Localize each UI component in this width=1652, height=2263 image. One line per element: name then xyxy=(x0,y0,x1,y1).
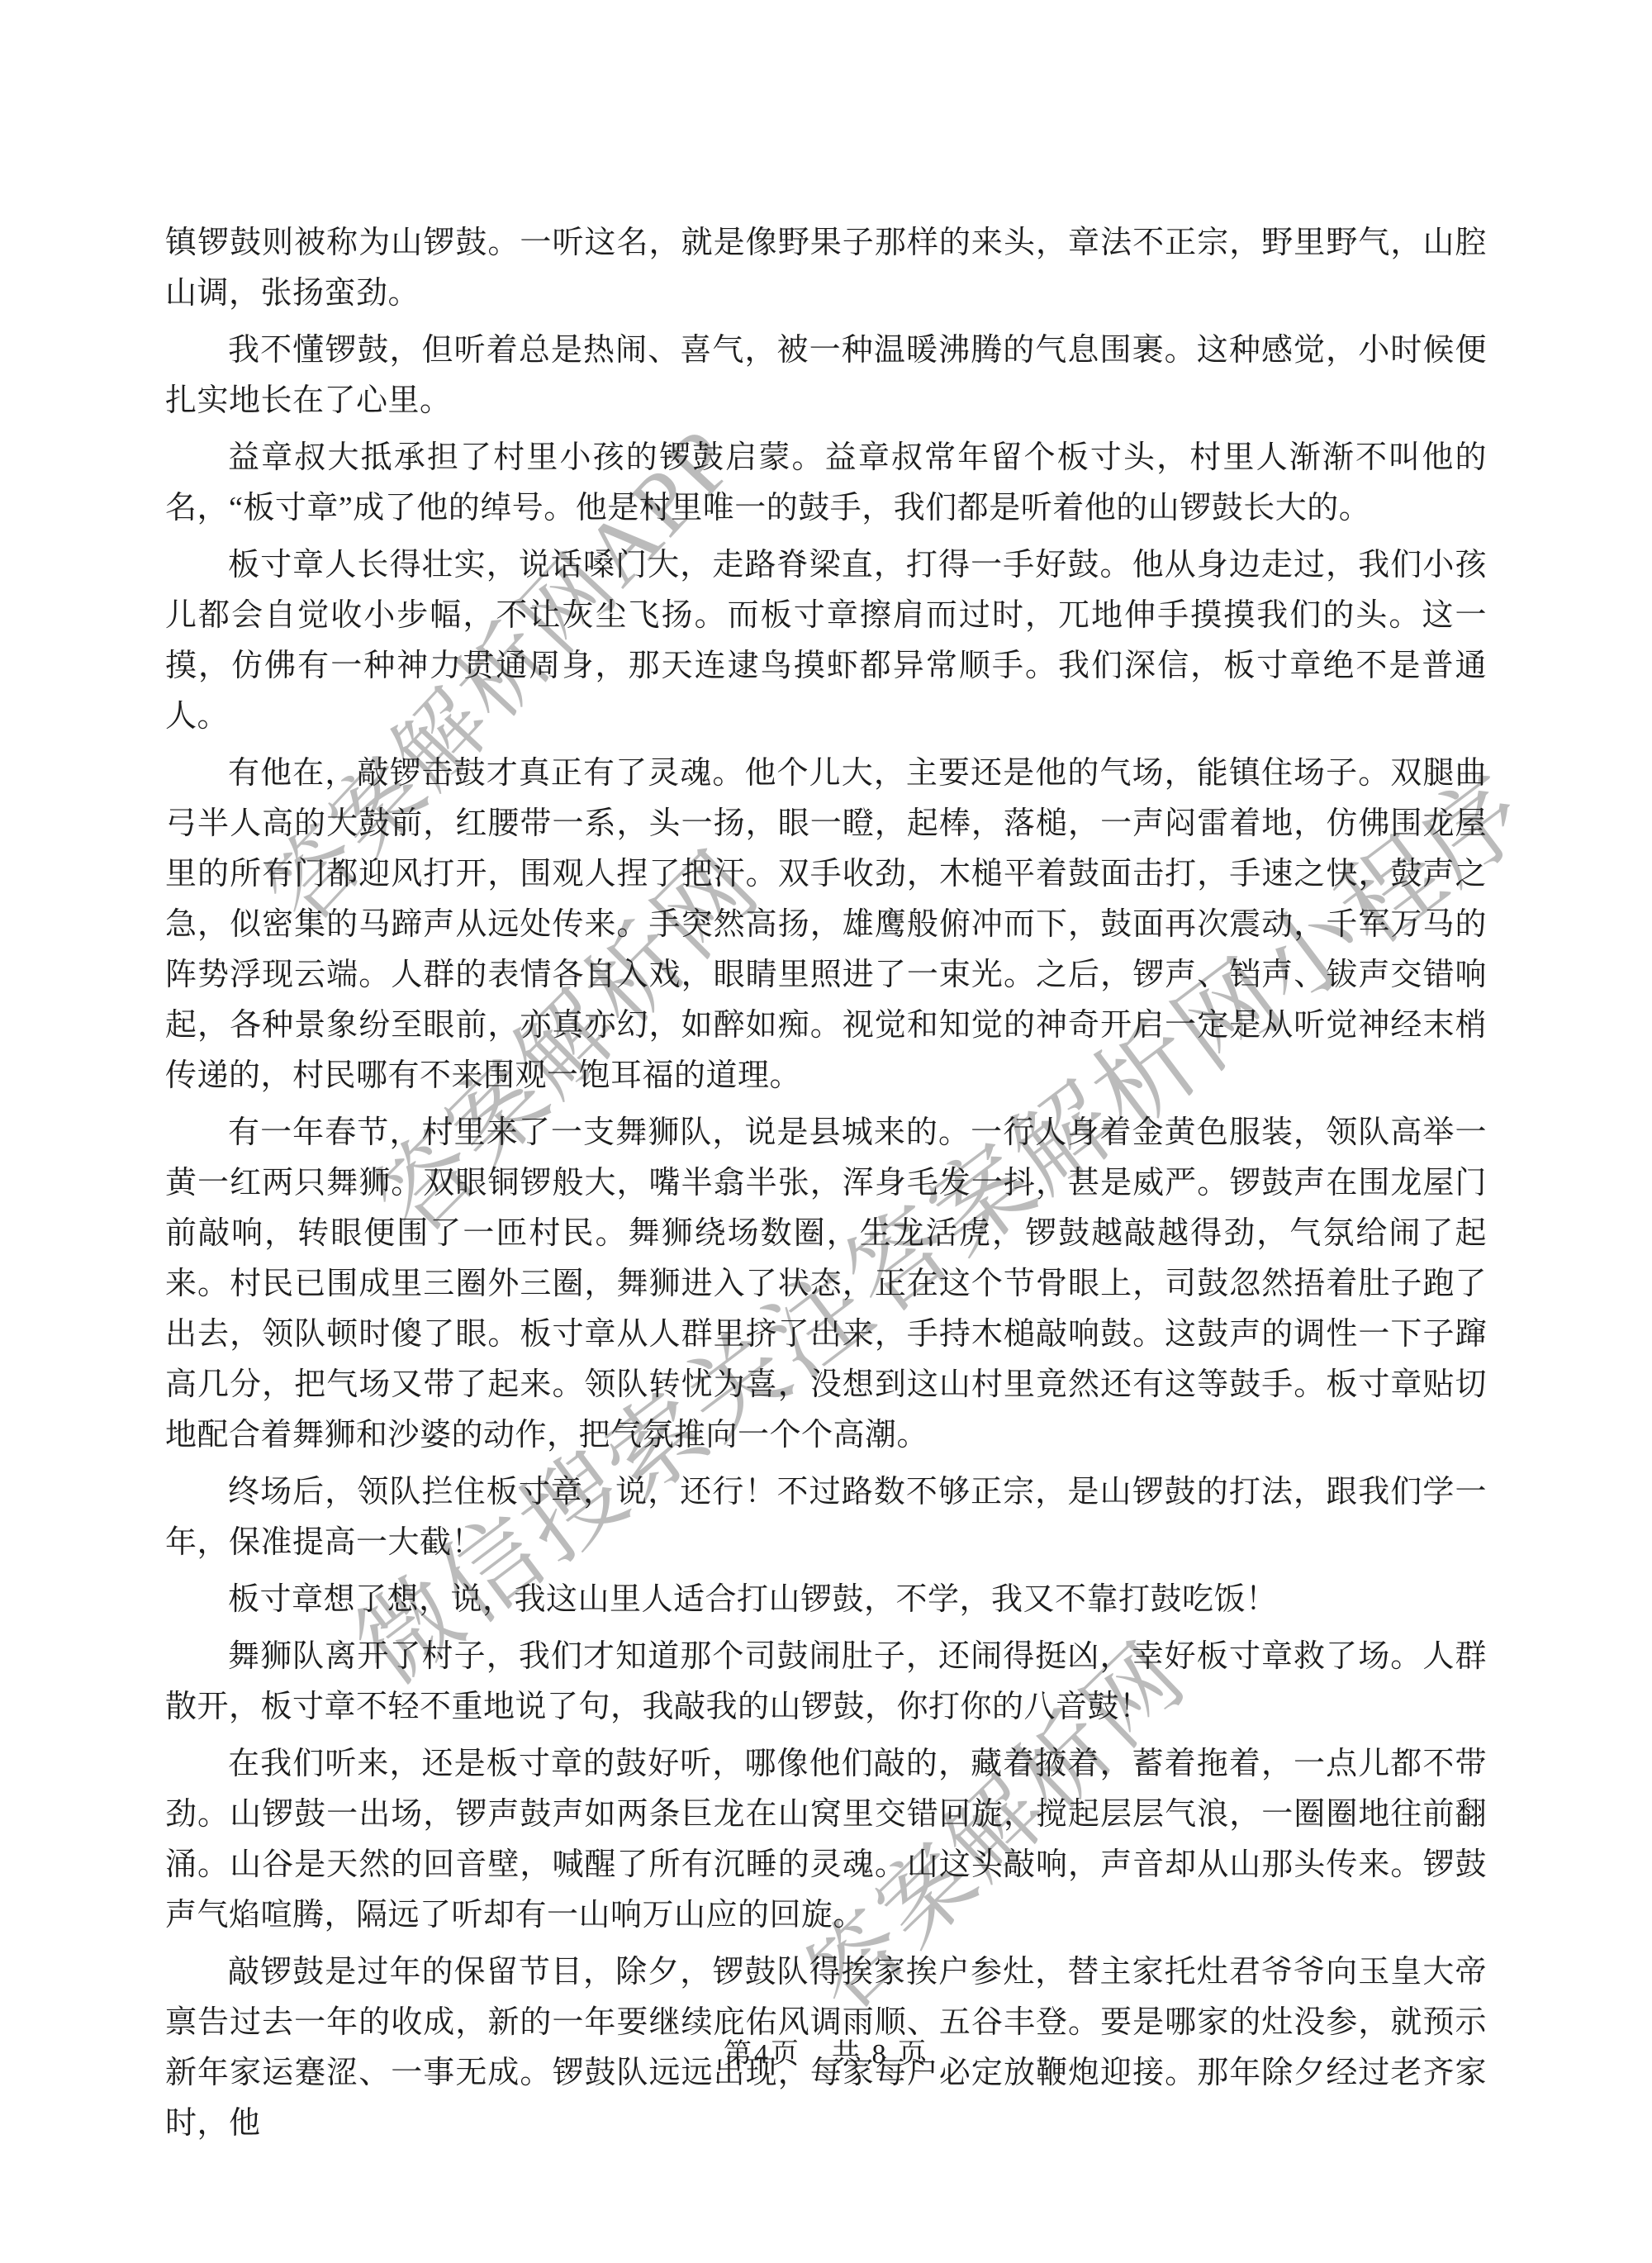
document-page: 答案解析网APP答案解析网微信搜索关注答案解析网小程序答案解析网 镇锣鼓则被称为… xyxy=(0,0,1652,2263)
paragraph: 舞狮队离开了村子，我们才知道那个司鼓闹肚子，还闹得挺凶，幸好板寸章救了场。人群散… xyxy=(165,1632,1487,1733)
page-footer: 第4页 共 8 页 xyxy=(0,2031,1652,2071)
paragraph: 我不懂锣鼓，但听着总是热闹、喜气，被一种温暖沸腾的气息围裹。这种感觉，小时候便扎… xyxy=(165,326,1487,426)
paragraph: 有一年春节，村里来了一支舞狮队，说是县城来的。一行人身着金黄色服装，领队高举一黄… xyxy=(165,1108,1487,1461)
paragraph: 益章叔大抵承担了村里小孩的锣鼓启蒙。益章叔常年留个板寸头，村里人渐渐不叫他的名，… xyxy=(165,433,1487,534)
paragraph: 板寸章人长得壮实，说话嗓门大，走路脊梁直，打得一手好鼓。他从身边走过，我们小孩儿… xyxy=(165,540,1487,742)
paragraph: 镇锣鼓则被称为山锣鼓。一听这名，就是像野果子那样的来头，章法不正宗，野里野气，山… xyxy=(165,218,1487,319)
passage: 镇锣鼓则被称为山锣鼓。一听这名，就是像野果子那样的来头，章法不正宗，野里野气，山… xyxy=(165,218,1487,2149)
paragraph: 有他在，敲锣击鼓才真正有了灵魂。他个儿大，主要还是他的气场，能镇住场子。双腿曲弓… xyxy=(165,749,1487,1101)
paragraph: 板寸章想了想，说，我这山里人适合打山锣鼓，不学，我又不靠打鼓吃饭！ xyxy=(165,1575,1487,1625)
paragraph: 终场后，领队拦住板寸章，说，还行！不过路数不够正宗，是山锣鼓的打法，跟我们学一年… xyxy=(165,1467,1487,1568)
page-number-label: 第4页 共 8 页 xyxy=(724,2039,928,2070)
paragraph: 在我们听来，还是板寸章的鼓好听，哪像他们敲的，藏着掖着，蓄着拖着，一点儿都不带劲… xyxy=(165,1739,1487,1941)
